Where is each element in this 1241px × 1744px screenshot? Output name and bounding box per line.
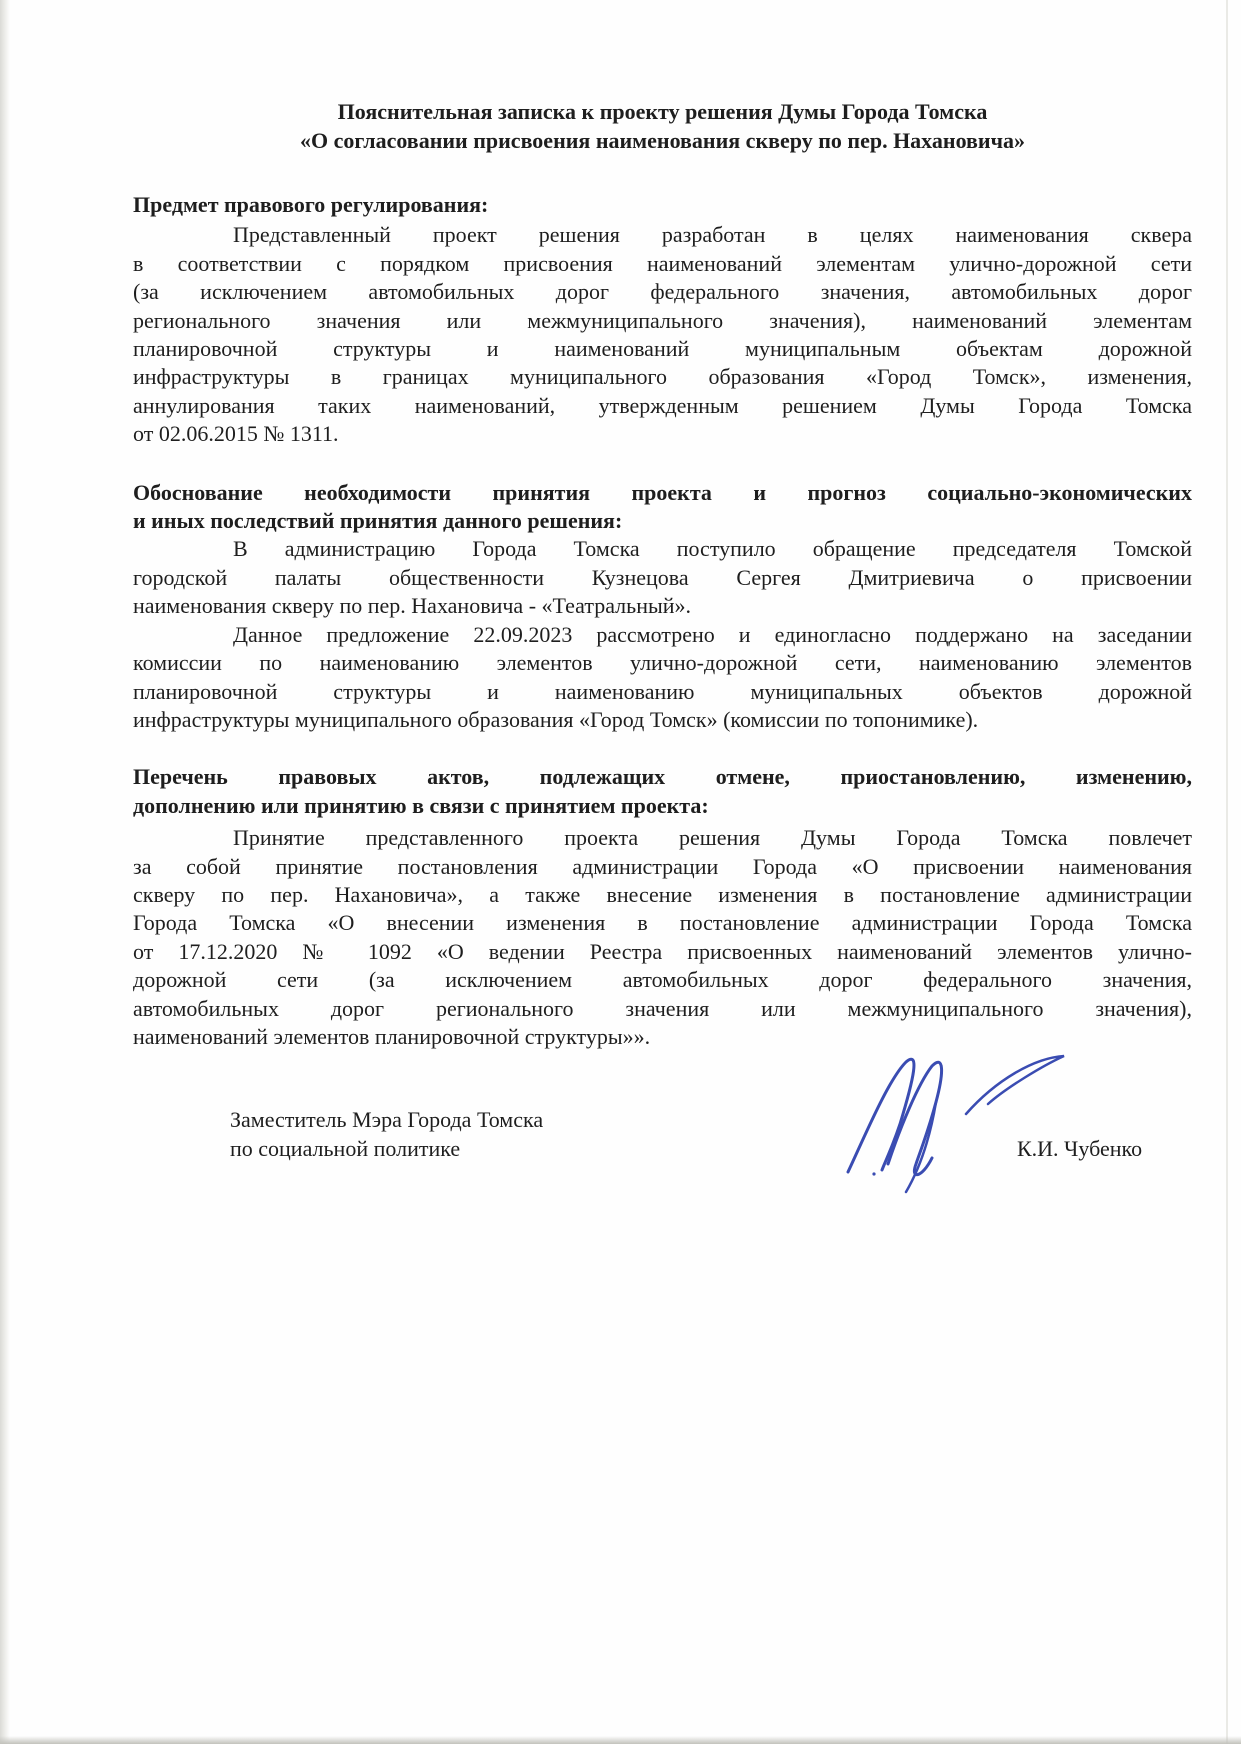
text-line: Перечень правовых актов, подлежащих отме…: [133, 763, 1192, 791]
document-content: Пояснительная записка к проекту решения …: [133, 0, 1192, 1166]
text-line: «О согласовании присвоения наименования …: [133, 126, 1192, 155]
text-line: планировочной структуры и наименованию м…: [133, 678, 1192, 706]
text-line: Города Томска «О внесении изменения в по…: [133, 909, 1192, 937]
text-line: комиссии по наименованию элементов уличн…: [133, 649, 1192, 677]
text-line: от 02.06.2015 № 1311.: [133, 420, 1192, 448]
text-line: и иных последствий принятия данного реше…: [133, 507, 1192, 535]
text-line: дополнению или принятию в связи с принят…: [133, 792, 1192, 820]
signatory-position-line1: Заместитель Мэра Города Томска: [230, 1106, 543, 1134]
scan-artifact-line: [1226, 0, 1228, 1744]
paragraph-commission: Данное предложение 22.09.2023 рассмотрен…: [133, 621, 1192, 735]
text-line: Представленный проект решения разработан…: [133, 221, 1192, 249]
text-line: (за исключением автомобильных дорог феде…: [133, 278, 1192, 306]
text-line: Принятие представленного проекта решения…: [133, 824, 1192, 852]
document-title: Пояснительная записка к проекту решения …: [133, 97, 1192, 155]
text-line: наименований элементов планировочной стр…: [133, 1023, 1192, 1051]
text-line: скверу по пер. Нахановича», а также внес…: [133, 881, 1192, 909]
text-line: планировочной структуры и наименований м…: [133, 335, 1192, 363]
section-heading-acts-list: Перечень правовых актов, подлежащих отме…: [133, 763, 1192, 820]
section-heading-justification: Обоснование необходимости принятия проек…: [133, 479, 1192, 536]
text-line: Предмет правового регулирования:: [133, 191, 1192, 219]
text-line: городской палаты общественности Кузнецов…: [133, 564, 1192, 592]
signatory-position: Заместитель Мэра Города Томска по социал…: [230, 1106, 543, 1163]
scan-edge-bottom: [0, 1736, 1241, 1744]
document-page: Пояснительная записка к проекту решения …: [0, 0, 1241, 1744]
paragraph-appeal: В администрацию Города Томска поступило …: [133, 535, 1192, 620]
text-line: инфраструктуры в границах муниципального…: [133, 363, 1192, 391]
paragraph-subject: Представленный проект решения разработан…: [133, 221, 1192, 448]
text-line: за собой принятие постановления админист…: [133, 853, 1192, 881]
text-line: инфраструктуры муниципального образовани…: [133, 706, 1192, 734]
text-line: аннулирования таких наименований, утверж…: [133, 392, 1192, 420]
text-line: Пояснительная записка к проекту решения …: [133, 97, 1192, 126]
text-line: автомобильных дорог регионального значен…: [133, 995, 1192, 1023]
text-line: Обоснование необходимости принятия проек…: [133, 479, 1192, 507]
text-line: В администрацию Города Томска поступило …: [133, 535, 1192, 563]
text-line: регионального значения или межмуниципаль…: [133, 307, 1192, 335]
paragraph-consequences: Принятие представленного проекта решения…: [133, 824, 1192, 1051]
text-line: в соответствии с порядком присвоения наи…: [133, 250, 1192, 278]
signatory-position-line2: по социальной политике: [230, 1135, 543, 1163]
scan-edge-left: [0, 0, 10, 1744]
section-heading-subject: Предмет правового регулирования:: [133, 191, 1192, 219]
handwritten-signature-icon: [838, 1050, 1083, 1198]
text-line: наименования скверу по пер. Нахановича -…: [133, 592, 1192, 620]
text-line: от 17.12.2020 № 1092 «О ведении Реестра …: [133, 938, 1192, 966]
text-line: дорожной сети (за исключением автомобиль…: [133, 966, 1192, 994]
text-line: Данное предложение 22.09.2023 рассмотрен…: [133, 621, 1192, 649]
